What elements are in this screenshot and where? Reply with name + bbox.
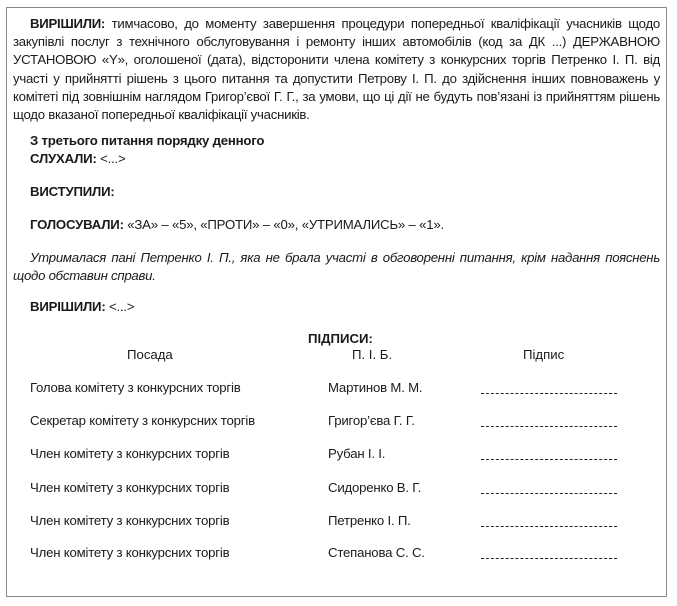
- member-name: Григор’єва Г. Г.: [328, 413, 415, 428]
- member-position: Голова комітету з конкурсних торгів: [30, 380, 241, 395]
- member-name: Петренко І. П.: [328, 513, 411, 528]
- header-name: П. І. Б.: [352, 347, 392, 362]
- agenda-item-heading: З третього питання порядку денного: [30, 132, 264, 150]
- member-name: Степанова С. С.: [328, 545, 425, 560]
- signature-row: Член комітету з конкурсних торгівСидорен…: [0, 480, 677, 498]
- resolved-line: ВИРІШИЛИ: <...>: [30, 298, 134, 316]
- spoke-label: ВИСТУПИЛИ:: [30, 183, 115, 201]
- heard-value: <...>: [100, 151, 125, 166]
- header-position: Посада: [127, 347, 173, 362]
- member-name: Мартинов М. М.: [328, 380, 422, 395]
- resolution-paragraph: ВИРІШИЛИ: тимчасово, до моменту завершен…: [13, 15, 660, 124]
- member-name: Рубан І. І.: [328, 446, 385, 461]
- member-position: Член комітету з конкурсних торгів: [30, 545, 229, 560]
- member-name: Сидоренко В. Г.: [328, 480, 421, 495]
- signature-row: Голова комітету з конкурсних торгівМарти…: [0, 380, 677, 398]
- signature-row: Член комітету з конкурсних торгівПетренк…: [0, 513, 677, 531]
- signature-row: Секретар комітету з конкурсних торгівГри…: [0, 413, 677, 431]
- resolved-label: ВИРІШИЛИ:: [30, 299, 106, 314]
- signature-line[interactable]: [481, 459, 617, 460]
- resolved-value: <...>: [109, 299, 134, 314]
- resolution-text: тимчасово, до моменту завершення процеду…: [13, 16, 660, 122]
- heard-line: СЛУХАЛИ: <...>: [30, 150, 126, 168]
- resolution-label: ВИРІШИЛИ:: [30, 16, 105, 31]
- header-signature: Підпис: [523, 347, 564, 362]
- abstain-note: Утрималася пані Петренко І. П., яка не б…: [13, 249, 660, 285]
- voting-line: ГОЛОСУВАЛИ: «ЗА» – «5», «ПРОТИ» – «0», «…: [30, 216, 444, 234]
- signature-row: Член комітету з конкурсних торгівСтепано…: [0, 545, 677, 563]
- voted-label: ГОЛОСУВАЛИ:: [30, 217, 124, 232]
- signature-line[interactable]: [481, 558, 617, 559]
- signatures-title: ПІДПИСИ:: [308, 331, 373, 346]
- voted-value: «ЗА» – «5», «ПРОТИ» – «0», «УТРИМАЛИСЬ» …: [127, 217, 444, 232]
- member-position: Член комітету з конкурсних торгів: [30, 513, 229, 528]
- signature-line[interactable]: [481, 493, 617, 494]
- abstain-note-text: Утрималася пані Петренко І. П., яка не б…: [13, 250, 660, 283]
- heard-label: СЛУХАЛИ:: [30, 151, 97, 166]
- signature-line[interactable]: [481, 426, 617, 427]
- member-position: Член комітету з конкурсних торгів: [30, 446, 229, 461]
- signature-line[interactable]: [481, 393, 617, 394]
- member-position: Член комітету з конкурсних торгів: [30, 480, 229, 495]
- signature-line[interactable]: [481, 526, 617, 527]
- signature-row: Член комітету з конкурсних торгівРубан І…: [0, 446, 677, 464]
- member-position: Секретар комітету з конкурсних торгів: [30, 413, 255, 428]
